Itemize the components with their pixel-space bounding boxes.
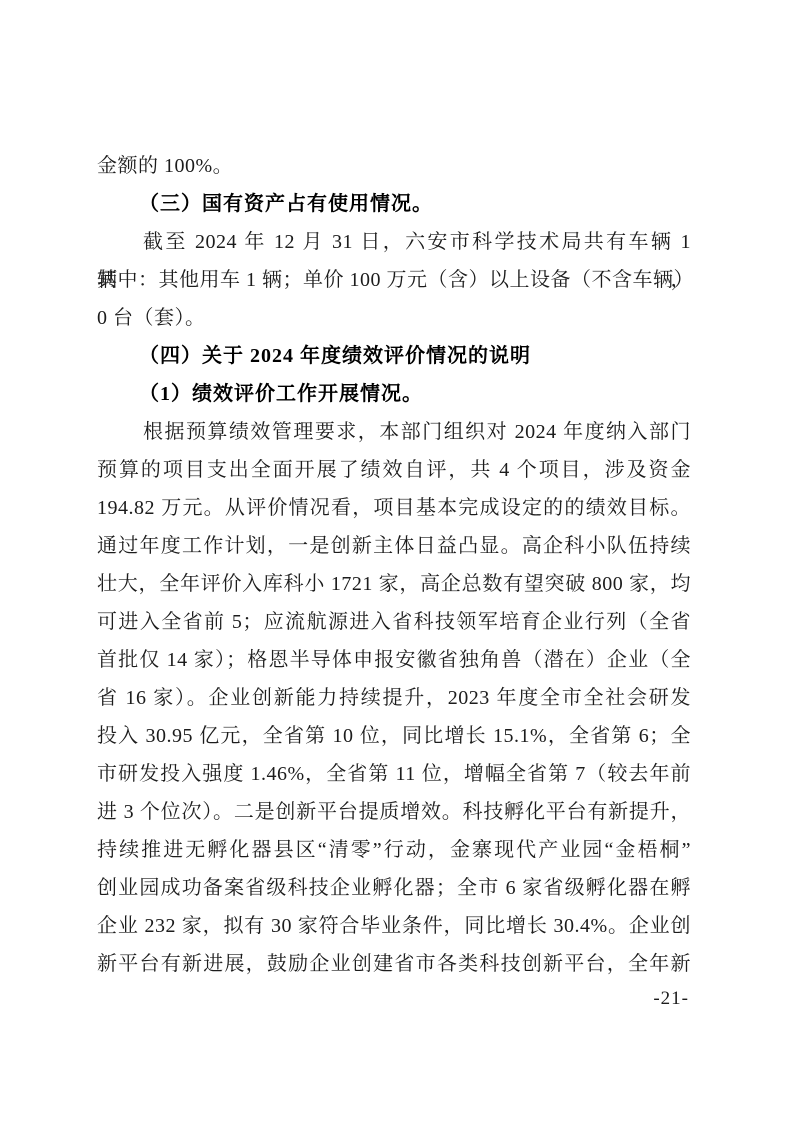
text-line: 预算的项目支出全面开展了绩效自评，共 4 个项目，涉及资金: [97, 451, 691, 489]
section-heading: （三）国有资产占有使用情况。: [97, 185, 691, 223]
text-line: 首批仅 14 家）；格恩半导体申报安徽省独角兽（潜在）企业（全: [97, 641, 691, 679]
section-heading: （四）关于 2024 年度绩效评价情况的说明: [97, 337, 691, 375]
text-line: 金额的 100%。: [97, 147, 691, 185]
text-line: 市研发投入强度 1.46%，全省第 11 位，增幅全省第 7（较去年前: [97, 755, 691, 793]
text-line: 可进入全省前 5；应流航源进入省科技领军培育企业行列（全省: [97, 603, 691, 641]
text-line: 企业 232 家，拟有 30 家符合毕业条件，同比增长 30.4%。企业创: [97, 907, 691, 945]
text-line: 通过年度工作计划，一是创新主体日益凸显。高企科小队伍持续: [97, 527, 691, 565]
text-line: 0 台（套）。: [97, 299, 691, 337]
text-line: 194.82 万元。从评价情况看，项目基本完成设定的的绩效目标。: [97, 489, 691, 527]
text-line: 新平台有新进展，鼓励企业创建省市各类科技创新平台，全年新: [97, 945, 691, 983]
page-number: -21-: [653, 988, 689, 1010]
text-line: 壮大，全年评价入库科小 1721 家，高企总数有望突破 800 家，均: [97, 565, 691, 603]
text-line: 截至 2024 年 12 月 31 日，六安市科学技术局共有车辆 1 辆，: [97, 223, 691, 261]
text-line: 省 16 家）。企业创新能力持续提升，2023 年度全市全社会研发: [97, 679, 691, 717]
text-line: 投入 30.95 亿元，全省第 10 位，同比增长 15.1%，全省第 6；全: [97, 717, 691, 755]
text-line: 持续推进无孵化器县区“清零”行动，金寨现代产业园“金梧桐”: [97, 831, 691, 869]
section-heading: （1）绩效评价工作开展情况。: [97, 375, 691, 413]
document-page: 金额的 100%。 （三）国有资产占有使用情况。 截至 2024 年 12 月 …: [0, 0, 793, 1122]
text-line: 其中：其他用车 1 辆；单价 100 万元（含）以上设备（不含车辆）: [97, 261, 691, 299]
text-line: 创业园成功备案省级科技企业孵化器；全市 6 家省级孵化器在孵: [97, 869, 691, 907]
document-body: 金额的 100%。 （三）国有资产占有使用情况。 截至 2024 年 12 月 …: [97, 147, 691, 983]
text-line: 根据预算绩效管理要求，本部门组织对 2024 年度纳入部门: [97, 413, 691, 451]
text-line: 进 3 个位次）。二是创新平台提质增效。科技孵化平台有新提升，: [97, 793, 691, 831]
